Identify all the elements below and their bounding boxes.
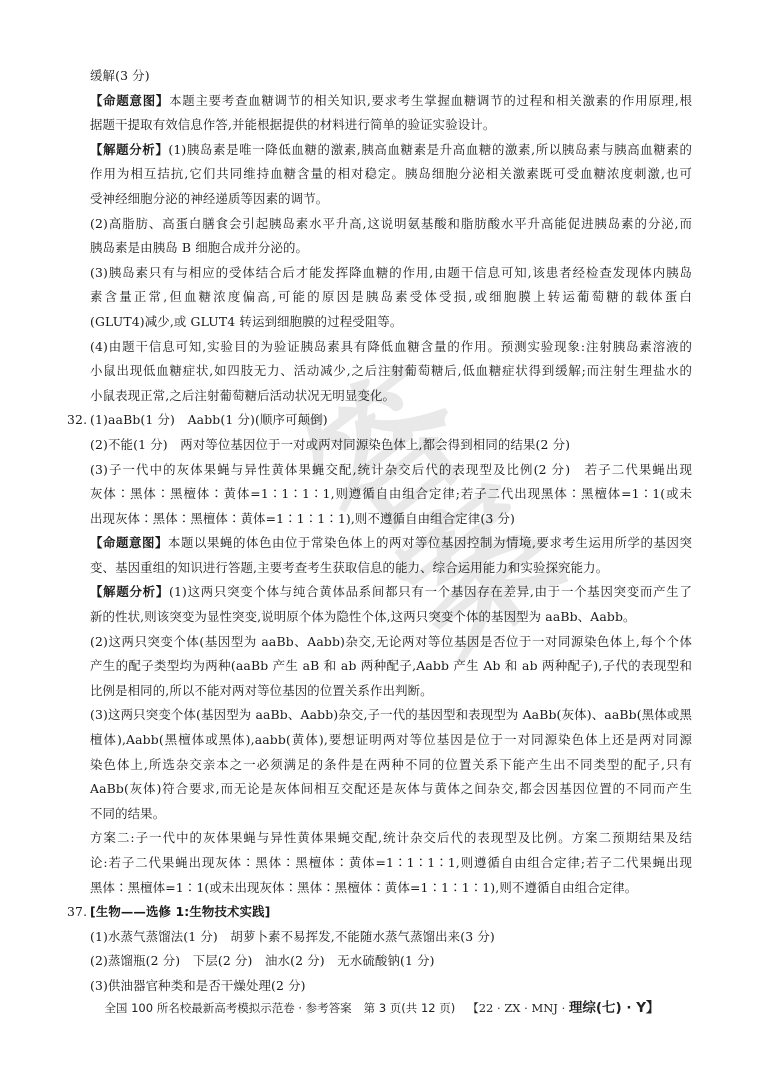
q37-answer-line: (2)蒸馏瓶(2 分) 下层(2 分) 油水(2 分) 无水硫酸钠(1 分) [90,949,692,974]
q32-analysis-line: 比例是相同的,所以不能对两对等位基因的位置关系作出判断。 [90,679,692,704]
q32-analysis-line: 黑体∶黑檀体=1∶1(或未出现灰体∶黑体∶黑檀体∶黄体=1∶1∶1∶1),则不遵… [90,876,692,901]
q32-answer-line: (2)不能(1 分) 两对等位基因位于一对或两对同源染色体上,都会得到相同的结果… [90,433,692,458]
q37-heading: 37.[生物——选修 1:生物技术实践] [90,900,692,925]
footer-source: 全国 100 所名校最新高考模拟示范卷 · 参考答案 [104,1001,351,1015]
q32-analysis-line: 不同的结果。 [90,802,692,827]
q31-analysis-line: 受神经细胞分泌的神经递质等因素的调节。 [90,187,692,212]
q31-intent-line: 【命题意图】本题主要考查血糖调节的相关知识,要求考生掌握血糖调节的过程和相关激素… [90,89,692,114]
page-footer: 全国 100 所名校最新高考模拟示范卷 · 参考答案第 3 页(共 12 页)【… [0,996,764,1016]
intent-tag: 【命题意图】 [90,93,169,108]
q32-answer-line: 出现灰体∶黑体∶黑檀体∶黄体=1∶1∶1∶1),则不遵循自由组合定律(3 分) [90,507,692,532]
page-content: 缓解(3 分) 【命题意图】本题主要考查血糖调节的相关知识,要求考生掌握血糖调节… [90,64,692,999]
q32-analysis-line: 方案二:子一代中的灰体果蝇与异性黄体果蝇交配,统计杂交后代的表现型及比例。方案二… [90,826,692,851]
question-number: 32. [67,408,87,433]
q31-analysis-line: (GLUT4)减少,或 GLUT4 转运到细胞膜的过程受阻等。 [90,310,692,335]
q32-intent-line: 【命题意图】本题以果蝇的体色由位于常染色体上的两对等位基因控制为情境,要求考生运… [90,531,692,556]
footer-code: 【22 · ZX · MNJ · [467,1001,569,1015]
q37-answer-line: (3)供油器官种类和是否干燥处理(2 分) [90,974,692,999]
q32-analysis-line: 论:若子二代果蝇出现灰体∶黑体∶黑檀体∶黄体=1∶1∶1∶1,则遵循自由组合定律… [90,851,692,876]
q32-analysis-line: 新的性状,则该突变为显性突变,说明原个体为隐性个体,这两只突变个体的基因型为 a… [90,605,692,630]
q31-analysis-line: 胰岛素是由胰岛 B 细胞合成并分泌的。 [90,236,692,261]
answer-page: 答案 缓解(3 分) 【命题意图】本题主要考查血糖调节的相关知识,要求考生掌握血… [0,0,764,1074]
analysis-tag: 【解题分析】 [90,142,168,157]
q31-analysis-line: 素含量正常,但血糖浓度偏高,可能的原因是胰岛素受体受损,或细胞膜上转运葡萄糖的载… [90,285,692,310]
q31-tail: 缓解(3 分) [90,64,692,89]
q32-answer-line: (3)子一代中的灰体果蝇与异性黄体果蝇交配,统计杂交后代的表现型及比例(2 分)… [90,458,692,483]
q32-analysis-line: 染色体上,所选杂交亲本之一必须满足的条件是在两种不同的位置关系下能产生出不同类型… [90,753,692,778]
q32-answer-line: 灰体∶黑体∶黑檀体∶黄体=1∶1∶1∶1,则遵循自由组合定律;若子二代出现黑体∶… [90,482,692,507]
q32-analysis-line: 檀体),Aabb(黑檀体或黑体),aabb(黄体),要想证明两对等位基因是位于一… [90,728,692,753]
q32-intent-line: 变、基因重组的知识进行答题,主要考查考生获取信息的能力、综合运用能力和实验探究能… [90,556,692,581]
q31-analysis-line: 小鼠表现正常,之后注射葡萄糖后活动状况无明显变化。 [90,384,692,409]
q32-analysis-line: 【解题分析】(1)这两只突变个体与纯合黄体品系间都只有一个基因存在差异,由于一个… [90,580,692,605]
q31-analysis-line: (4)由题干信息可知,实验目的为验证胰岛素具有降低血糖含量的作用。预测实验现象:… [90,335,692,360]
q32-analysis-line: AaBb(灰体)符合要求,而无论是灰体间相互交配还是灰体与黄体之间杂交,都会因基… [90,777,692,802]
q31-analysis-line: (3)胰岛素只有与相应的受体结合后才能发挥降血糖的作用,由题干信息可知,该患者经… [90,261,692,286]
question-number: 37. [67,900,87,925]
q31-analysis-line: 作用为相互拮抗,它们共同维持血糖含量的相对稳定。胰岛细胞分泌相关激素既可受血糖浓… [90,162,692,187]
q32-analysis-line: 产生的配子类型均为两种(aaBb 产生 aB 和 ab 两种配子,Aabb 产生… [90,654,692,679]
q37-answer-line: (1)水蒸气蒸馏法(1 分) 胡萝卜素不易挥发,不能随水蒸气蒸馏出来(3 分) [90,925,692,950]
q32-answer-line: 32.(1)aaBb(1 分) Aabb(1 分)(顺序可颠倒) [90,408,692,433]
q31-analysis-line: 【解题分析】(1)胰岛素是唯一降低血糖的激素,胰高血糖素是升高血糖的激素,所以胰… [90,138,692,163]
q31-analysis-line: 小鼠出现低血糖症状,如四肢无力、活动减少,之后注射葡萄糖后,低血糖症状得到缓解;… [90,359,692,384]
footer-subject: 理综(七) · Y】 [569,1000,660,1016]
intent-tag: 【命题意图】 [90,535,168,550]
footer-page-number: 第 3 页(共 12 页) [364,1001,456,1015]
q31-analysis-line: (2)高脂肪、高蛋白膳食会引起胰岛素水平升高,这说明氨基酸和脂肪酸水平升高能促进… [90,212,692,237]
analysis-tag: 【解题分析】 [90,584,169,599]
q32-analysis-line: (3)这两只突变个体(基因型为 aaBb、Aabb)杂交,子一代的基因型和表现型… [90,703,692,728]
q31-intent-line: 据题干提取有效信息作答,并能根据提供的材料进行简单的验证实验设计。 [90,113,692,138]
q32-analysis-line: (2)这两只突变个体(基因型为 aaBb、Aabb)杂交,无论两对等位基因是否位… [90,630,692,655]
